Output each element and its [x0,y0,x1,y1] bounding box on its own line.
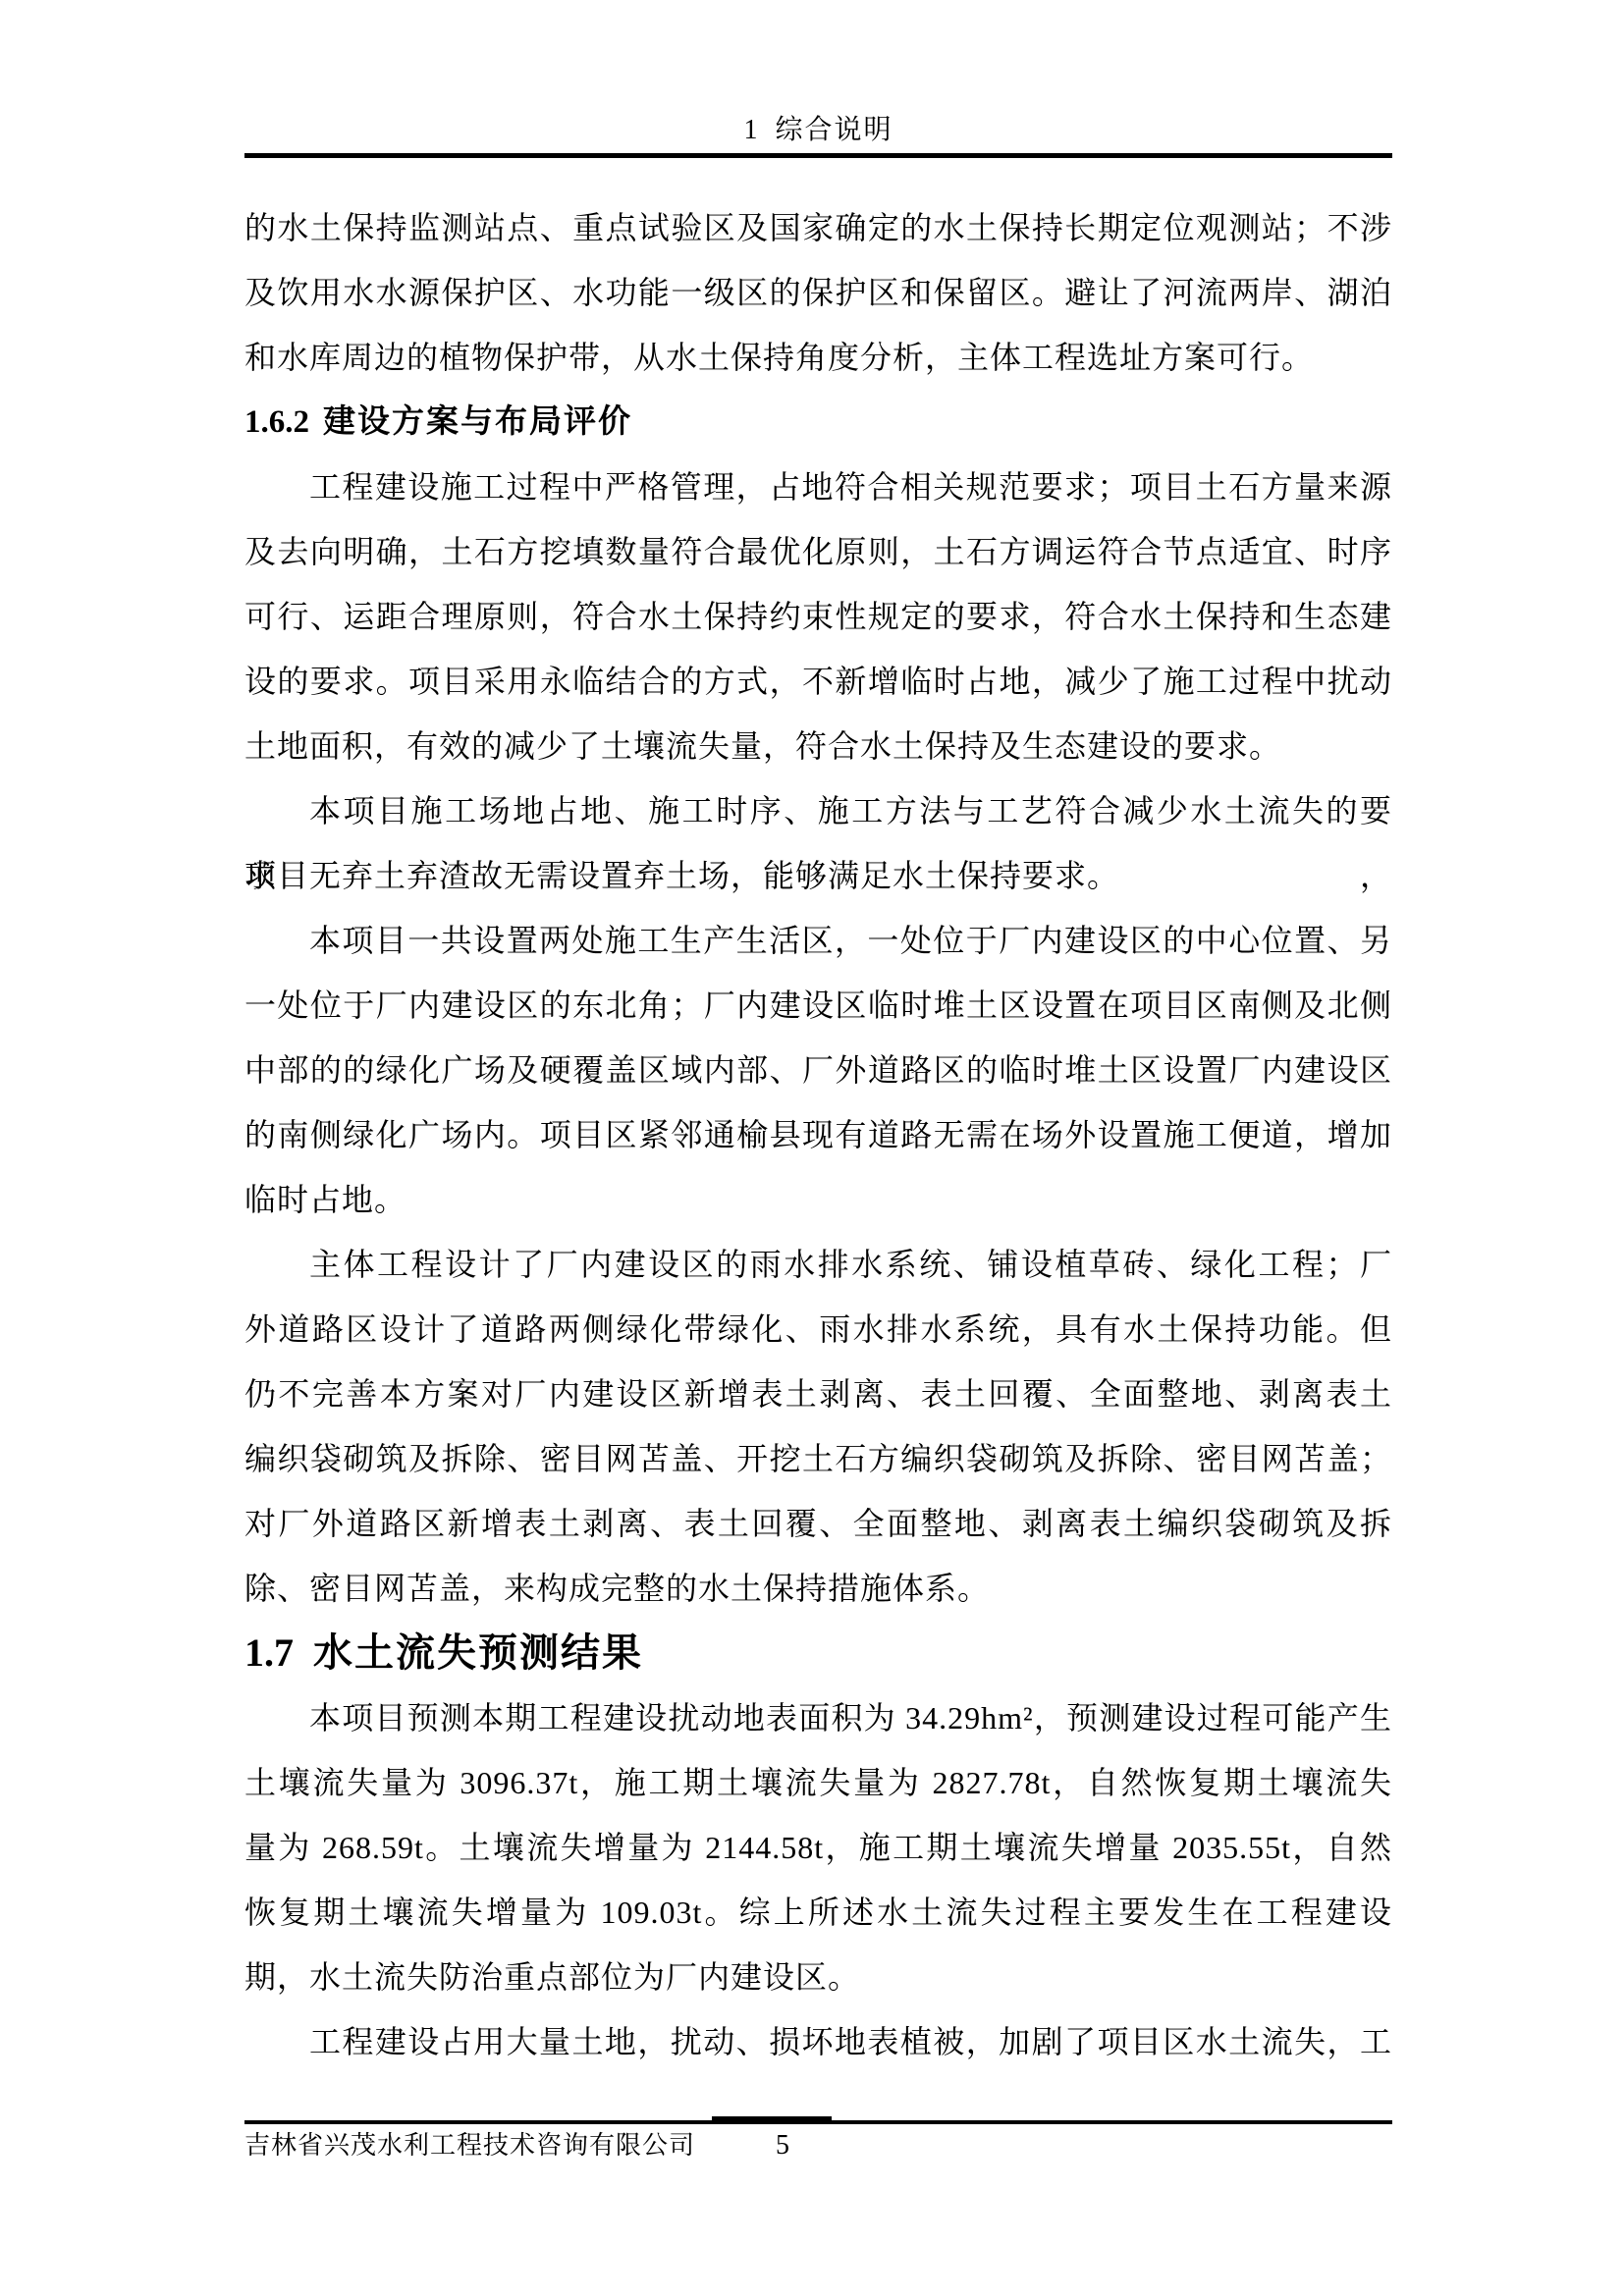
text-line: 恢复期土壤流失增量为 109.03t。综上所述水土流失过程主要发生在工程建设 [244,1880,1392,1945]
chapter-title: 综合说明 [775,115,893,145]
paragraph: 工程建设占用大量土地，扰动、损坏地表植被，加剧了项目区水土流失，工 [244,2009,1392,2074]
text-line: 仍不完善本方案对厂内建设区新增表土剥离、表土回覆、全面整地、剥离表土 [244,1362,1392,1426]
text-line: 主体工程设计了厂内建设区的雨水排水系统、铺设植草砖、绿化工程；厂 [244,1232,1392,1297]
header-divider [244,153,1392,158]
text-line: 设的要求。项目采用永临结合的方式，不新增临时占地，减少了施工过程中扰动 [244,649,1392,714]
text-line: 和水库周边的植物保护带，从水土保持角度分析，主体工程选址方案可行。 [244,325,1392,390]
heading-number: 1.7 [244,1630,294,1675]
section-heading: 1.7水土流失预测结果 [244,1621,1392,1685]
footer-company-name: 吉林省兴茂水利工程技术咨询有限公司 [244,2126,695,2165]
text-line: 除、密目网苫盖，来构成完整的水土保持措施体系。 [244,1556,1392,1621]
paragraph: 本项目施工场地占地、施工时序、施工方法与工艺符合减少水土流失的要求，项目无弃土弃… [244,778,1392,908]
document-page: { "page_header": { "chapter_number": "1"… [0,0,1624,2296]
heading-title: 建设方案与布局评价 [323,404,632,440]
text-line: 本项目预测本期工程建设扰动地表面积为 34.29hm²，预测建设过程可能产生 [244,1685,1392,1750]
text-line: 临时占地。 [244,1167,1392,1232]
footer-divider-thick-segment [712,2116,832,2124]
text-line: 量为 268.59t。土壤流失增量为 2144.58t，施工期土壤流失增量 20… [244,1815,1392,1880]
text-line: 土壤流失量为 3096.37t，施工期土壤流失量为 2827.78t，自然恢复期… [244,1750,1392,1815]
document-body: 的水土保持监测站点、重点试验区及国家确定的水土保持长期定位观测站；不涉及饮用水水… [244,195,1392,2074]
paragraph: 的水土保持监测站点、重点试验区及国家确定的水土保持长期定位观测站；不涉及饮用水水… [244,195,1392,390]
chapter-number: 1 [743,115,757,145]
paragraph: 主体工程设计了厂内建设区的雨水排水系统、铺设植草砖、绿化工程；厂外道路区设计了道… [244,1232,1392,1621]
text-line: 外道路区设计了道路两侧绿化带绿化、雨水排水系统，具有水土保持功能。但 [244,1297,1392,1362]
text-line: 期，水土流失防治重点部位为厂内建设区。 [244,1945,1392,2009]
text-line: 的水土保持监测站点、重点试验区及国家确定的水土保持长期定位观测站；不涉 [244,195,1392,260]
text-line: 及去向明确，土石方挖填数量符合最优化原则，土石方调运符合节点适宜、时序 [244,519,1392,584]
page-header: 1综合说明 [244,108,1392,153]
text-line: 编织袋砌筑及拆除、密目网苫盖、开挖土石方编织袋砌筑及拆除、密目网苫盖； [244,1426,1392,1491]
text-line: 本项目一共设置两处施工生产生活区，一处位于厂内建设区的中心位置、另 [244,908,1392,973]
text-line: 的南侧绿化广场内。项目区紧邻通榆县现有道路无需在场外设置施工便道，增加 [244,1102,1392,1167]
paragraph: 本项目预测本期工程建设扰动地表面积为 34.29hm²，预测建设过程可能产生土壤… [244,1685,1392,2009]
text-line: 一处位于厂内建设区的东北角；厂内建设区临时堆土区设置在项目区南侧及北侧 [244,973,1392,1038]
text-line: 及饮用水水源保护区、水功能一级区的保护区和保留区。避让了河流两岸、湖泊 [244,260,1392,325]
heading-number: 1.6.2 [244,404,309,440]
text-line: 工程建设施工过程中严格管理，占地符合相关规范要求；项目土石方量来源 [244,454,1392,519]
text-line: 中部的的绿化广场及硬覆盖区域内部、厂外道路区的临时堆土区设置厂内建设区 [244,1038,1392,1102]
text-line: 本项目施工场地占地、施工时序、施工方法与工艺符合减少水土流失的要求， [244,778,1392,843]
subsection-heading: 1.6.2建设方案与布局评价 [244,390,1392,454]
text-line: 对厂外道路区新增表土剥离、表土回覆、全面整地、剥离表土编织袋砌筑及拆 [244,1491,1392,1556]
text-line: 工程建设占用大量土地，扰动、损坏地表植被，加剧了项目区水土流失，工 [244,2009,1392,2074]
text-line: 可行、运距合理原则，符合水土保持约束性规定的要求，符合水土保持和生态建 [244,584,1392,649]
page-number: 5 [776,2126,789,2165]
text-line: 土地面积，有效的减少了土壤流失量，符合水土保持及生态建设的要求。 [244,714,1392,778]
paragraph: 工程建设施工过程中严格管理，占地符合相关规范要求；项目土石方量来源及去向明确，土… [244,454,1392,778]
paragraph: 本项目一共设置两处施工生产生活区，一处位于厂内建设区的中心位置、另一处位于厂内建… [244,908,1392,1232]
heading-title: 水土流失预测结果 [313,1630,643,1675]
